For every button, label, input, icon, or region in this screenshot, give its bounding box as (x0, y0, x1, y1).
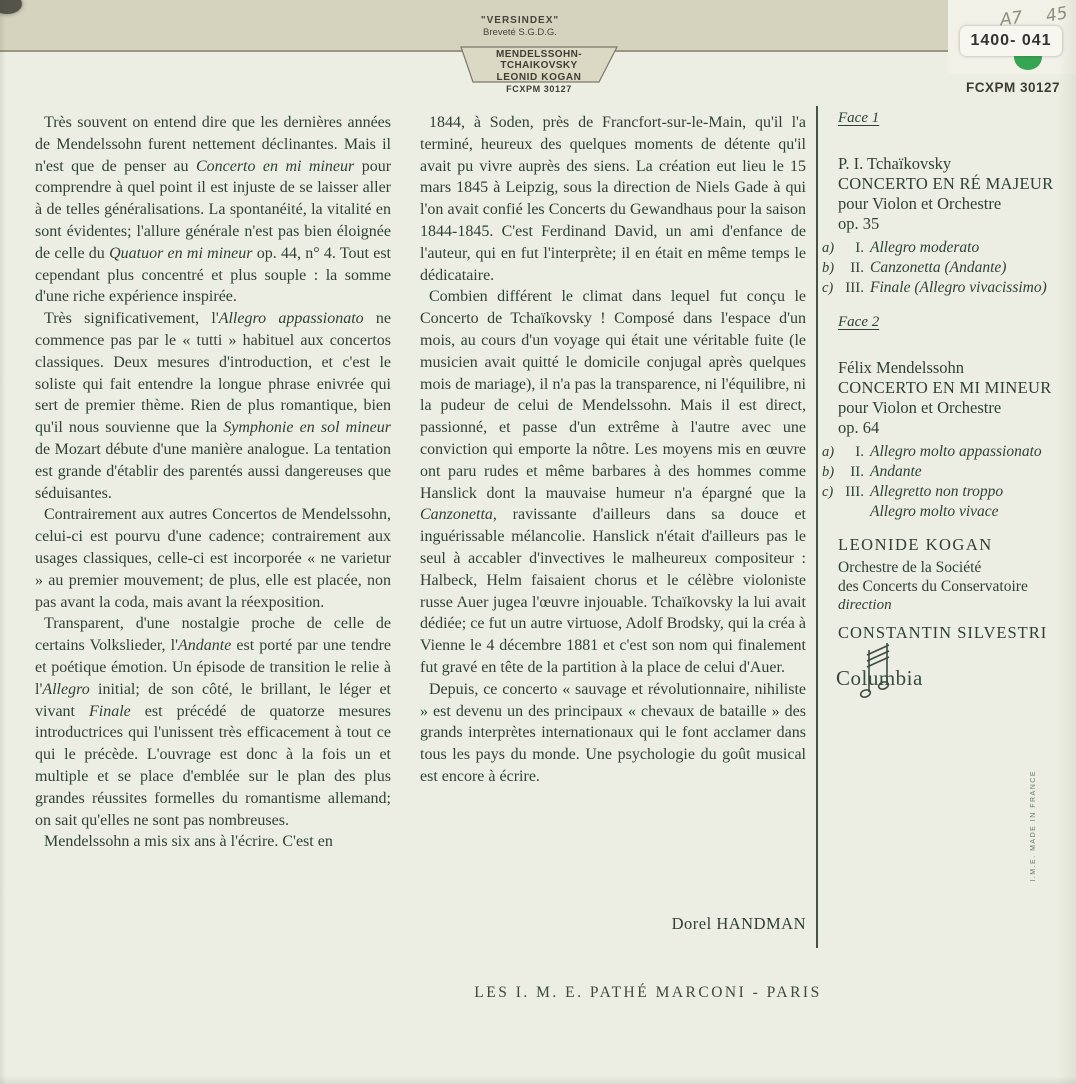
paragraph: Très souvent on entend dire que les dern… (35, 112, 391, 308)
paragraph: Très significativement, l'Allegro appass… (35, 308, 391, 504)
notes-column-1: Très souvent on entend dire que les dern… (35, 112, 391, 853)
edge-shadow-left (0, 0, 6, 1084)
movement-numeral: II. (838, 258, 870, 278)
face2-label: Face 2 (838, 312, 1060, 332)
movement-numeral: III. (838, 278, 870, 298)
paragraph: Depuis, ce concerto « sauvage et révolut… (420, 679, 806, 788)
movement-title: Canzonetta (Andante) (870, 258, 1006, 278)
paragraph: 1844, à Soden, près de Francfort-sur-le-… (420, 112, 806, 286)
tab-artist-line: MENDELSSOHN-TCHAIKOVSKY (458, 49, 620, 71)
face1-label: Face 1 (838, 108, 1060, 128)
paragraph: Transparent, d'une nostalgie proche de c… (35, 613, 391, 831)
paragraph: Contrairement aux autres Concertos de Me… (35, 504, 391, 613)
face1-scoring: pour Violon et Orchestre (838, 194, 1060, 214)
versindex-title: "VERSINDEX" (440, 15, 600, 26)
face2-opus: op. 64 (838, 418, 1060, 438)
tab-catalog-line: FCXPM 30127 (458, 84, 620, 94)
versindex-stamp: "VERSINDEX" Breveté S.G.D.G. (440, 15, 600, 38)
soloist-name: LEONIDE KOGAN (838, 535, 1060, 555)
face1-work-title: CONCERTO EN RÉ MAJEUR (838, 174, 1060, 194)
face1-composer: P. I. Tchaïkovsky (838, 154, 1060, 174)
movement-row: c) III. Allegretto non troppo (822, 482, 1060, 502)
face2-composer: Félix Mendelssohn (838, 358, 1060, 378)
catalog-number: FCXPM 30127 (915, 80, 1060, 95)
sticker-number: 1400- 041 (970, 32, 1051, 50)
direction-label: direction (838, 596, 1060, 615)
index-tab: MENDELSSOHN-TCHAIKOVSKY LEONID KOGAN FCX… (458, 49, 620, 94)
column-divider (816, 106, 818, 948)
price-sticker: 1400- 041 (960, 26, 1062, 56)
movement-letter: b) (822, 462, 838, 482)
face1-work-block: P. I. Tchaïkovsky CONCERTO EN RÉ MAJEUR … (838, 154, 1060, 234)
face2-scoring: pour Violon et Orchestre (838, 398, 1060, 418)
tab-performer-line: LEONID KOGAN (458, 72, 620, 83)
magic-notes-icon (856, 634, 900, 706)
movement-row: a) I. Allegro molto appassionato (822, 442, 1060, 462)
movement-letter: a) (822, 442, 838, 462)
author-signature: Dorel HANDMAN (420, 914, 806, 934)
movement-numeral: II. (838, 462, 870, 482)
movement-row: b) II. Andante (822, 462, 1060, 482)
movement-letter: c) (822, 482, 838, 502)
footer-imprint: LES I. M. E. PATHÉ MARCONI - PARIS (220, 984, 1076, 1002)
movement-title: Allegretto non troppo (870, 482, 1003, 502)
movement-title-continuation: Allegro molto vivace (822, 502, 1060, 521)
movement-title: Allegro moderato (870, 238, 979, 258)
tracklist-sidebar: Face 1 P. I. Tchaïkovsky CONCERTO EN RÉ … (822, 108, 1060, 643)
record-sleeve-back: "VERSINDEX" Breveté S.G.D.G. MENDELSSOHN… (0, 0, 1076, 1084)
orchestra-line-2: des Concerts du Conservatoire (838, 578, 1060, 597)
face2-work-block: Félix Mendelssohn CONCERTO EN MI MINEUR … (838, 358, 1060, 438)
movement-row: a) I. Allegro moderato (822, 238, 1060, 258)
performers-block: LEONIDE KOGAN Orchestre de la Société de… (838, 535, 1060, 643)
paragraph: Mendelssohn a mis six ans à l'écrire. C'… (35, 831, 391, 853)
movement-letter: a) (822, 238, 838, 258)
paragraph: Combien différent le climat dans lequel … (420, 286, 806, 678)
face1-opus: op. 35 (838, 214, 1060, 234)
movement-row: c) III. Finale (Allegro vivacissimo) (822, 278, 1060, 298)
movement-numeral: III. (838, 482, 870, 502)
movement-numeral: I. (838, 442, 870, 462)
notes-column-2: 1844, à Soden, près de Francfort-sur-le-… (420, 112, 806, 788)
face2-work-title: CONCERTO EN MI MINEUR (838, 378, 1060, 398)
movement-letter: b) (822, 258, 838, 278)
edge-shadow-right (1058, 0, 1076, 1084)
side-print: I.M.E. MADE IN FRANCE (1030, 770, 1037, 882)
movement-row: b) II. Canzonetta (Andante) (822, 258, 1060, 278)
movement-title: Allegro molto appassionato (870, 442, 1042, 462)
orchestra-line-1: Orchestre de la Société (838, 559, 1060, 578)
movement-letter: c) (822, 278, 838, 298)
orchestra-name: Orchestre de la Société des Concerts du … (838, 559, 1060, 615)
edge-shadow-bottom (0, 1076, 1076, 1084)
movement-title: Finale (Allegro vivacissimo) (870, 278, 1047, 298)
movement-numeral: I. (838, 238, 870, 258)
movement-title: Andante (870, 462, 922, 482)
versindex-patent: Breveté S.G.D.G. (440, 27, 600, 38)
